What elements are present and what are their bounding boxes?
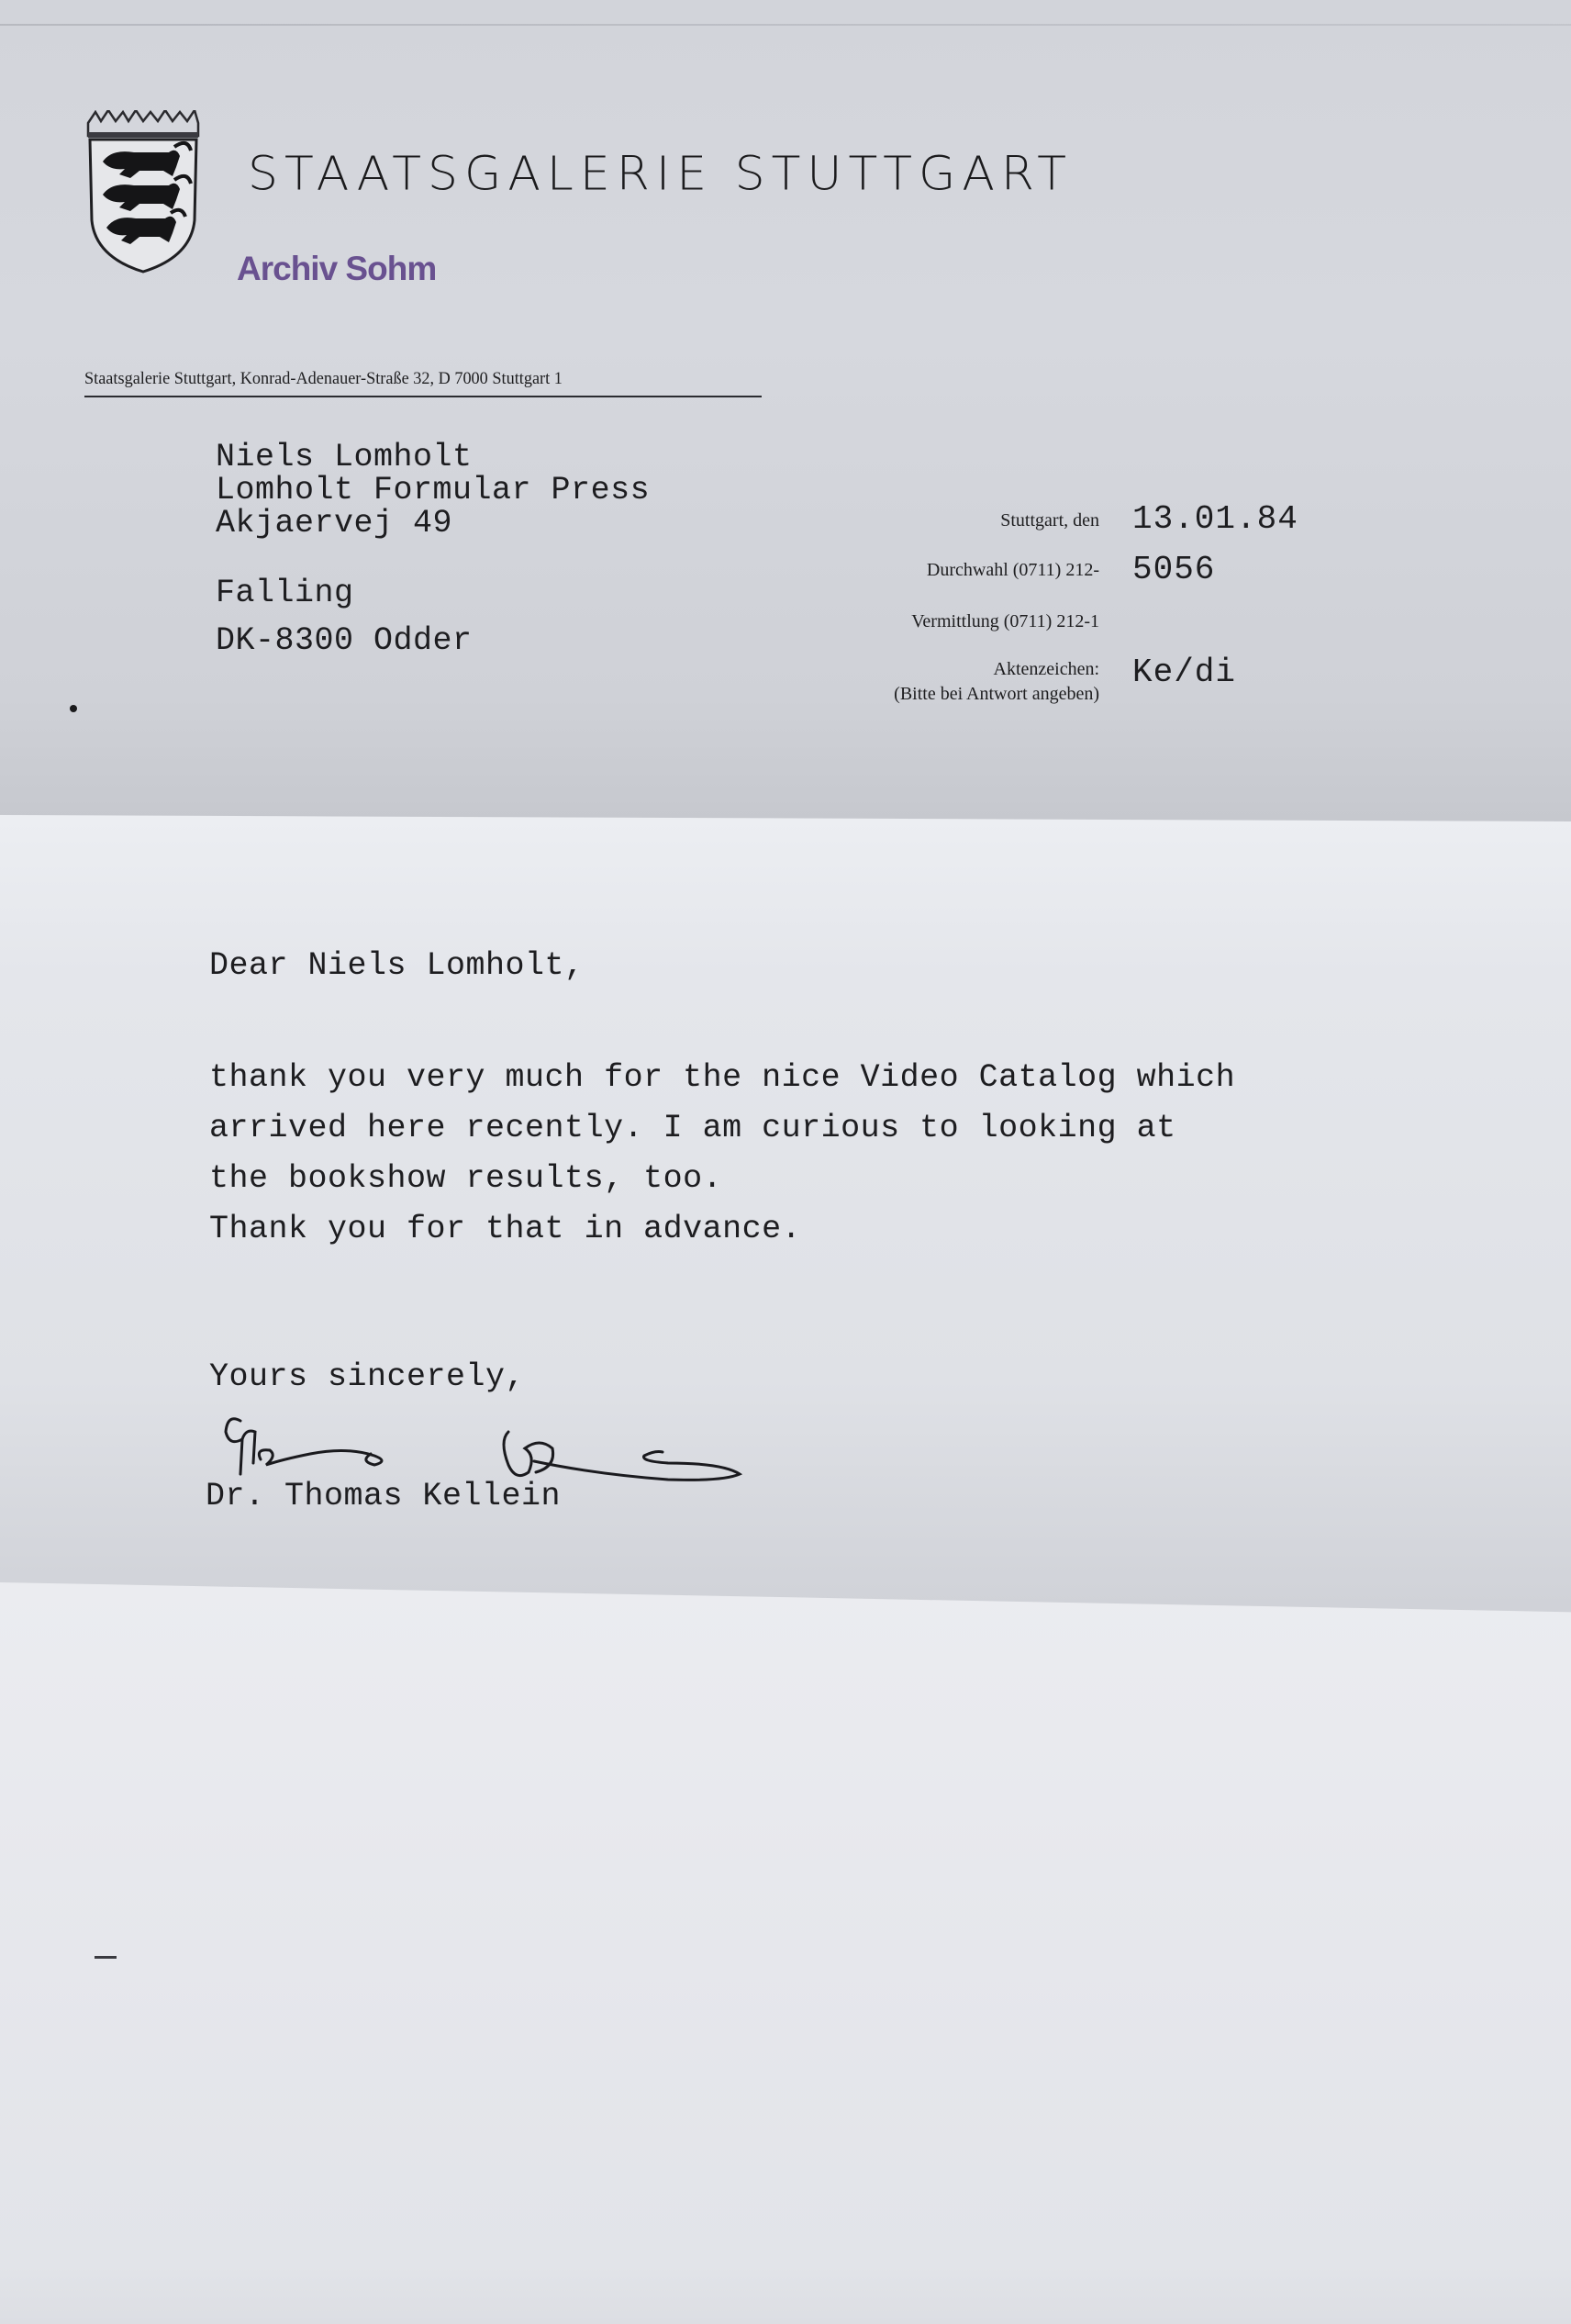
body-line: arrived here recently. I am curious to l…	[209, 1103, 1235, 1154]
body-paragraph: thank you very much for the nice Video C…	[209, 1053, 1235, 1255]
sender-address-underline	[84, 396, 762, 397]
reference-value: Ke/di	[1132, 654, 1236, 691]
reference-label: Aktenzeichen:	[994, 659, 1100, 680]
closing: Yours sincerely,	[209, 1358, 525, 1395]
body-line: Thank you for that in advance.	[209, 1204, 1235, 1255]
greeting: Dear Niels Lomholt,	[209, 947, 585, 984]
fold-mark	[95, 1956, 117, 1959]
paper-crease	[0, 24, 1571, 26]
recipient-locality: Falling	[216, 576, 650, 609]
sender-address: Staatsgalerie Stuttgart, Konrad-Adenauer…	[84, 369, 563, 389]
signer-name: Dr. Thomas Kellein	[206, 1478, 561, 1514]
date-label: Stuttgart, den	[1000, 510, 1099, 531]
recipient-postal: DK-8300 Odder	[216, 624, 650, 657]
direct-dial-label: Durchwahl (0711) 212-	[927, 560, 1099, 581]
ink-dot	[70, 705, 77, 712]
recipient-address: Niels Lomholt Lomholt Formular Press Akj…	[216, 441, 650, 657]
letter-bottom-fold	[0, 1582, 1571, 2324]
coat-of-arms-icon	[84, 110, 202, 274]
switchboard-label: Vermittlung (0711) 212-1	[911, 611, 1099, 632]
recipient-street: Akjaervej 49	[216, 507, 650, 540]
recipient-company: Lomholt Formular Press	[216, 474, 650, 507]
reference-note: (Bitte bei Antwort angeben)	[894, 684, 1099, 705]
body-line: the bookshow results, too.	[209, 1154, 1235, 1204]
organization-title: STAATSGALERIE STUTTGART	[248, 148, 1073, 202]
archive-stamp: Archiv Sohm	[237, 250, 436, 288]
letter-top-fold	[0, 0, 1571, 821]
recipient-name: Niels Lomholt	[216, 441, 650, 474]
date-value: 13.01.84	[1132, 500, 1298, 538]
direct-dial-value: 5056	[1132, 551, 1215, 588]
body-line: thank you very much for the nice Video C…	[209, 1053, 1235, 1103]
